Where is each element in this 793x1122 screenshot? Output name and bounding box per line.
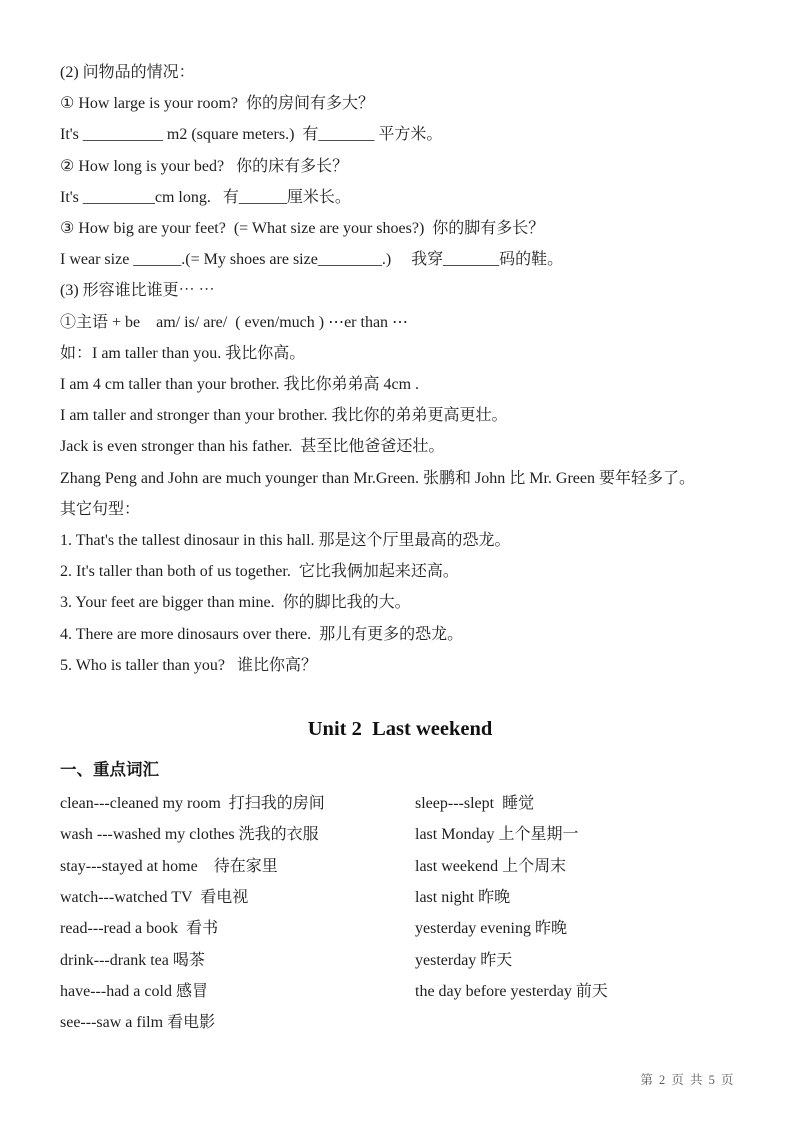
vocab-list: clean---cleaned my room 打扫我的房间 wash ---w… <box>60 788 740 1038</box>
text-line: ③ How big are your feet? (= What size ar… <box>60 213 740 244</box>
page-content: (2) 问物品的情况： ① How large is your room? 你的… <box>60 57 740 1038</box>
text-line: Jack is even stronger than his father. 甚… <box>60 431 740 462</box>
vocab-item: see---saw a film 看电影 <box>60 1007 415 1038</box>
vocab-item: watch---watched TV 看电视 <box>60 882 415 913</box>
text-line: ①主语 + be am/ is/ are/ ( even/much ) ⋯er … <box>60 307 740 338</box>
text-line: I am taller and stronger than your broth… <box>60 400 740 431</box>
text-line: (2) 问物品的情况： <box>60 57 740 88</box>
vocab-item: last night 昨晚 <box>415 882 740 913</box>
vocab-item: drink---drank tea 喝茶 <box>60 945 415 976</box>
vocab-column-left: clean---cleaned my room 打扫我的房间 wash ---w… <box>60 788 415 1038</box>
vocab-item: clean---cleaned my room 打扫我的房间 <box>60 788 415 819</box>
document-page: (2) 问物品的情况： ① How large is your room? 你的… <box>0 0 793 1122</box>
unit2-title: Unit 2 Last weekend <box>60 714 740 744</box>
vocab-item: the day before yesterday 前天 <box>415 976 740 1007</box>
vocab-item: read---read a book 看书 <box>60 913 415 944</box>
text-line: 4. There are more dinosaurs over there. … <box>60 619 740 650</box>
text-line: 1. That's the tallest dinosaur in this h… <box>60 525 740 556</box>
text-line: 3. Your feet are bigger than mine. 你的脚比我… <box>60 587 740 618</box>
vocab-item: yesterday evening 昨晚 <box>415 913 740 944</box>
text-line: 2. It's taller than both of us together.… <box>60 556 740 587</box>
vocab-column-right: sleep---slept 睡觉 last Monday 上个星期一 last … <box>415 788 740 1038</box>
text-line: ② How long is your bed? 你的床有多长？ <box>60 151 740 182</box>
vocab-item: stay---stayed at home 待在家里 <box>60 851 415 882</box>
grammar-section: (2) 问物品的情况： ① How large is your room? 你的… <box>60 57 740 681</box>
vocab-item: have---had a cold 感冒 <box>60 976 415 1007</box>
text-line: (3) 形容谁比谁更⋯ ⋯ <box>60 275 740 306</box>
vocab-item: wash ---washed my clothes 洗我的衣服 <box>60 819 415 850</box>
text-line: 5. Who is taller than you? 谁比你高？ <box>60 650 740 681</box>
text-line: ① How large is your room? 你的房间有多大？ <box>60 88 740 119</box>
text-line: It's __________ m2 (square meters.) 有___… <box>60 119 740 150</box>
text-line: 其它句型： <box>60 494 740 525</box>
vocab-item: sleep---slept 睡觉 <box>415 788 740 819</box>
text-line: I wear size ______.(= My shoes are size_… <box>60 244 740 275</box>
text-line: Zhang Peng and John are much younger tha… <box>60 463 740 494</box>
text-line: I am 4 cm taller than your brother. 我比你弟… <box>60 369 740 400</box>
vocab-item: yesterday 昨天 <box>415 945 740 976</box>
vocab-item: last Monday 上个星期一 <box>415 819 740 850</box>
text-line: It's _________cm long. 有______厘米长。 <box>60 182 740 213</box>
text-line: 如：I am taller than you. 我比你高。 <box>60 338 740 369</box>
page-number-indicator: 第 2 页 共 5 页 <box>640 1070 735 1088</box>
vocab-section-heading: 一、重点词汇 <box>60 758 740 783</box>
vocab-item: last weekend 上个周末 <box>415 851 740 882</box>
